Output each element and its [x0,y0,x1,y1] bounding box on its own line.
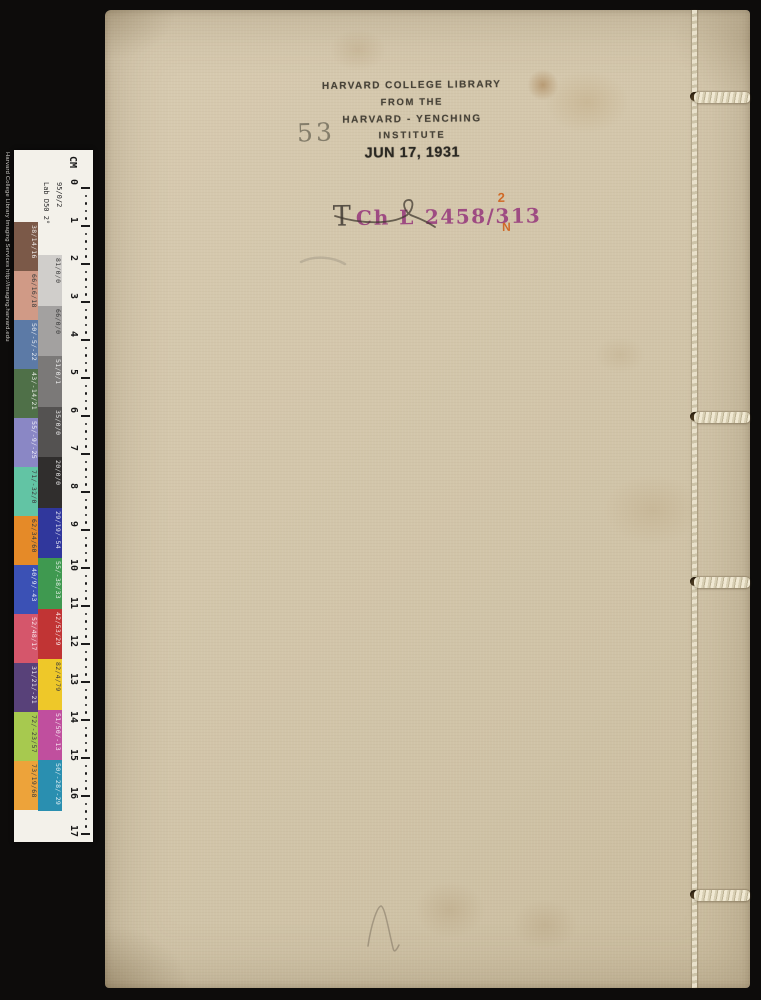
color-patch: 72/-23/57 [14,712,38,761]
ruler-minor-tick [85,499,88,502]
ruler-number: 2 [68,255,79,261]
ruler-minor-tick [85,324,88,327]
scribble-mark [368,906,399,951]
ruler-minor-tick [85,689,88,692]
ruler-tick [81,339,90,341]
color-patch: 82/4/79 [38,659,62,710]
ruler-tick [81,491,90,493]
ruler-minor-tick [85,392,88,395]
ruler-minor-tick [85,559,88,562]
call-number: T Ch L 2458/3 2 N 13 [333,194,664,255]
ruler-minor-tick [85,590,88,593]
ruler-minor-tick [85,521,88,524]
call-classmark: Ch L [356,205,416,230]
ruler-minor-tick [85,461,88,464]
color-patch: 71/-32/0 [14,467,38,516]
ruler-minor-tick [85,803,88,806]
color-patch: 43/-14/21 [14,369,38,418]
ruler-minor-tick [85,658,88,661]
ruler-minor-tick [85,210,88,213]
ruler-minor-tick [85,278,88,281]
patch-lab-label: 52/48/17 [30,617,38,651]
patch-lab-label: 29/19/-54 [54,511,62,549]
ruler-minor-tick [85,597,88,600]
patch-lab-label: 42/53/29 [54,612,62,646]
ruler-number: 5 [68,369,79,375]
imaging-services-text: Harvard College Library Imaging Services… [4,152,10,844]
ruler-minor-tick [85,734,88,737]
patch-lab-label: 43/-14/21 [30,372,38,410]
ruler-minor-tick [85,438,88,441]
color-patch: 73/19/68 [14,761,38,810]
ruler-tick [81,263,90,265]
color-patch: 81/0/0 [38,255,62,306]
book-cover: HARVARD COLLEGE LIBRARY FROM THE HARVARD… [105,10,750,988]
ruler-minor-tick [85,293,88,296]
ruler-number: 9 [68,521,79,527]
binding-stitch [694,577,750,588]
ruler-tick [81,605,90,607]
cm-ruler: CM 01234567891011121314151617 [62,150,93,842]
color-patch: 51/0/1 [38,356,62,407]
ruler-number: 10 [68,559,79,571]
ruler-tick [81,453,90,455]
ruler-minor-tick [85,331,88,334]
ruler-minor-tick [85,286,88,289]
ruler-tick [81,415,90,417]
ruler-minor-tick [85,742,88,745]
ruler-minor-tick [85,400,88,403]
patch-lab-label: 55/-38/33 [54,561,62,599]
ruler-minor-tick [85,651,88,654]
ruler-minor-tick [85,787,88,790]
color-patch: 55/-9/-25 [14,418,38,467]
ruler-number: 0 [68,179,79,185]
ruler-number: 17 [68,825,79,837]
patch-lab-label: 73/19/68 [30,764,38,798]
color-patch: 66/16/18 [14,271,38,320]
ruler-tick [81,643,90,645]
patch-column-inner: 81/0/066/0/051/0/135/0/020/0/029/19/-545… [38,150,62,842]
color-patch: 50/-5/-22 [14,320,38,369]
ruler-minor-tick [85,309,88,312]
call-number-main: 2458/3 [425,204,511,229]
ruler-minor-tick [85,666,88,669]
ruler-minor-tick [85,727,88,730]
color-patch: 40/9/-43 [14,565,38,614]
color-patch: 52/48/17 [14,614,38,663]
patch-lab-label: 81/0/0 [54,258,62,283]
lab-header: Lab D50 2° 95/0/2 [42,182,63,224]
ruler-minor-tick [85,195,88,198]
ruler-minor-tick [85,468,88,471]
patch-lab-label: 20/0/0 [54,460,62,485]
patch-lab-label: 50/-5/-22 [30,323,38,361]
ruler-tick [81,225,90,227]
ruler-minor-tick [85,362,88,365]
ruler-minor-tick [85,544,88,547]
ruler-number: 7 [68,445,79,451]
ruler-number: 11 [68,597,79,609]
patch-lab-label: 66/0/0 [54,309,62,334]
color-patch: 50/-28/-29 [38,760,62,811]
ruler-minor-tick [85,506,88,509]
accession-number: 53 [297,117,336,147]
color-patch: 51/50/-13 [38,710,62,761]
cm-unit-label: CM [67,156,78,168]
ruler-minor-tick [85,582,88,585]
ruler-number: 12 [68,635,79,647]
patch-lab-label: 35/0/0 [54,410,62,435]
ruler-tick [81,681,90,683]
color-patch: 66/0/0 [38,306,62,357]
color-patch: 42/53/29 [38,609,62,660]
ruler-number: 15 [68,749,79,761]
ruler-minor-tick [85,696,88,699]
ruler-minor-tick [85,217,88,220]
ruler-minor-tick [85,810,88,813]
color-patch: 55/-38/33 [38,558,62,609]
ruler-number: 8 [68,483,79,489]
ruler-minor-tick [85,347,88,350]
patch-lab-label: 31/21/-21 [30,666,38,704]
binding-thread-vertical [692,10,697,988]
ruler-minor-tick [85,202,88,205]
color-patch: 29/19/-54 [38,508,62,559]
ruler-minor-tick [85,711,88,714]
ruler-minor-tick [85,483,88,486]
calibration-target: Harvard College Library Imaging Services… [4,150,93,842]
ruler-minor-tick [85,749,88,752]
ruler-tick [81,529,90,531]
patch-lab-label: 62/34/60 [30,519,38,553]
stamp-line: FROM THE [282,96,542,110]
ruler-minor-tick [85,255,88,258]
ruler-minor-tick [85,772,88,775]
ruler-tick [81,719,90,721]
color-patch: 62/34/60 [14,516,38,565]
ruler-tick [81,795,90,797]
ruler-number: 6 [68,407,79,413]
color-patch: 38/14/16 [14,222,38,271]
smudge-mark [301,258,345,264]
patch-lab-label: 72/-23/57 [30,715,38,753]
ruler-minor-tick [85,620,88,623]
ruler-minor-tick [85,765,88,768]
ruler-minor-tick [85,476,88,479]
ruler-minor-tick [85,537,88,540]
ruler-minor-tick [85,628,88,631]
ruler-tick [81,187,90,189]
ruler-minor-tick [85,240,88,243]
patch-lab-label: 40/9/-43 [30,568,38,602]
ruler-minor-tick [85,445,88,448]
ruler-minor-tick [85,233,88,236]
call-superscript: 2 [498,190,505,205]
ruler-minor-tick [85,423,88,426]
ruler-minor-tick [85,514,88,517]
ruler-minor-tick [85,354,88,357]
ruler-tick [81,567,90,569]
ruler-minor-tick [85,613,88,616]
patch-lab-label: 51/0/1 [54,359,62,384]
lab-header-label: Lab D50 2° [42,182,50,224]
ruler-minor-tick [85,635,88,638]
call-suffix: 13 [511,203,541,227]
call-prefix-handwritten: T [333,200,351,233]
ruler-number: 16 [68,787,79,799]
ruler-number: 13 [68,673,79,685]
color-patch: 20/0/0 [38,457,62,508]
ruler-minor-tick [85,704,88,707]
patch-lab-label: 50/-28/-29 [54,763,62,805]
patch-lab-label: 82/4/79 [54,662,62,692]
stamp-line: HARVARD COLLEGE LIBRARY [282,79,542,93]
ruler-minor-tick [85,552,88,555]
patch-lab-label: 71/-32/0 [30,470,38,504]
calibration-card: 38/14/1666/16/1850/-5/-2243/-14/2155/-9/… [14,150,93,842]
ruler-minor-tick [85,673,88,676]
binding-stitch [694,412,750,423]
ruler-number: 3 [68,293,79,299]
patch-lab-label: 38/14/16 [30,225,38,259]
ruler-minor-tick [85,248,88,251]
color-patch: 31/21/-21 [14,663,38,712]
ruler-number: 4 [68,331,79,337]
patch-column-outer: 38/14/1666/16/1850/-5/-2243/-14/2155/-9/… [14,150,38,842]
ruler-number: 1 [68,217,79,223]
ruler-minor-tick [85,271,88,274]
imaging-services-label: Harvard College Library Imaging Services… [4,152,14,844]
binding-stitch [694,92,750,103]
ruler-minor-tick [85,825,88,828]
ruler-minor-tick [85,385,88,388]
ruler-minor-tick [85,575,88,578]
ruler-tick [81,833,90,835]
ruler-tick [81,757,90,759]
ruler-minor-tick [85,780,88,783]
patch-lab-label: 51/50/-13 [54,713,62,751]
call-subscript: N [502,220,511,234]
ruler-tick [81,377,90,379]
color-patch: 35/0/0 [38,407,62,458]
ruler-minor-tick [85,430,88,433]
ruler-tick [81,301,90,303]
ruler-minor-tick [85,316,88,319]
binding-stitch [694,890,750,901]
patch-lab-label: 55/-9/-25 [30,421,38,459]
ruler-minor-tick [85,407,88,410]
ruler-number: 14 [68,711,79,723]
ruler-minor-tick [85,818,88,821]
ruler-minor-tick [85,369,88,372]
patch-lab-label: 66/16/18 [30,274,38,308]
